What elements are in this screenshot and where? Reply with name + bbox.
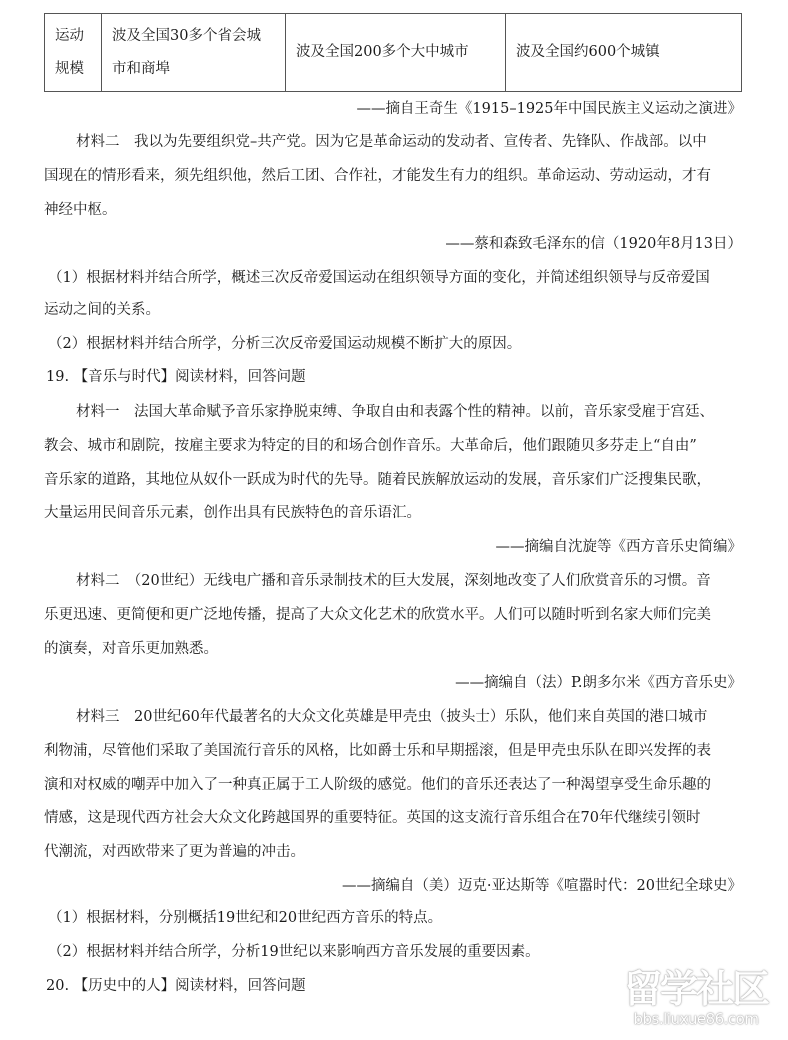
material-line: 国现在的情形看来，须先组织他，然后工团、合作社，才能发生有力的组织。革命运动、劳… <box>44 166 744 186</box>
material-line: 教会、城市和剧院，按雇主要求为特定的目的和场合创作音乐。大革命后，他们跟随贝多芬… <box>44 436 744 456</box>
material-line: 的演奏，对音乐更加熟悉。 <box>44 639 744 659</box>
exam-page: 运动 规模 波及全国30多个省会城 市和商埠 波及全国200多个大中城市 波及全… <box>0 0 788 1040</box>
material-line: 大量运用民间音乐元素，创作出具有民族特色的音乐语汇。 <box>44 503 744 523</box>
row-label-line: 运动 <box>55 20 101 53</box>
material-line: 材料一 法国大革命赋予音乐家挣脱束缚、争取自由和表露个性的精神。以前，音乐家受雇… <box>76 402 776 422</box>
material-line: 利物浦，尽管他们采取了美国流行音乐的风格，比如爵士乐和早期摇滚，但是甲壳虫乐队在… <box>44 741 744 761</box>
cell-line: 波及全国200多个大中城市 <box>296 36 505 69</box>
citation: ——摘自王奇生《1915–1925年中国民族主义运动之演进》 <box>356 99 742 119</box>
row-label-cell: 运动 规模 <box>45 14 102 92</box>
material-line: 演和对权威的嘲弄中加入了一种真正属于工人阶级的感觉。他们的音乐还表达了一种渴望享… <box>44 775 744 795</box>
question-text: （2）根据材料并结合所学，分析三次反帝爱国运动规模不断扩大的原因。 <box>48 334 748 354</box>
material-line: 情感，这是现代西方社会大众文化跨越国界的重要特征。英国的这支流行音乐组合在70年… <box>44 808 744 828</box>
movement-scale-table: 运动 规模 波及全国30多个省会城 市和商埠 波及全国200多个大中城市 波及全… <box>44 13 742 92</box>
citation: ——蔡和森致毛泽东的信（1920年8月13日） <box>445 234 742 254</box>
question-heading: 19. 【音乐与时代】阅读材料，回答问题 <box>46 367 746 387</box>
cell-line: 市和商埠 <box>112 53 285 86</box>
cell-line: 波及全国30多个省会城 <box>112 20 285 53</box>
watermark-url: bbs.liuxue86.com <box>618 1010 774 1028</box>
question-text: （1）根据材料，分别概括19世纪和20世纪西方音乐的特点。 <box>48 908 748 928</box>
table-cell-second: 波及全国200多个大中城市 <box>286 14 506 92</box>
cell-line: 波及全国约600个城镇 <box>516 36 741 69</box>
question-text: （1）根据材料并结合所学，概述三次反帝爱国运动在组织领导方面的变化，并简述组织领… <box>48 268 748 288</box>
citation: ——摘编自沈旋等《西方音乐史简编》 <box>496 537 743 557</box>
watermark-title: 留学社区 <box>618 968 774 1010</box>
material-line: 神经中枢。 <box>44 200 744 220</box>
material-line: 代潮流，对西欧带来了更为普遍的冲击。 <box>44 842 744 862</box>
citation: ——摘编自（美）迈克·亚达斯等《喧嚣时代：20世纪全球史》 <box>342 876 742 896</box>
material-line: 材料二 我以为先要组织党–共产党。因为它是革命运动的发动者、宣传者、先锋队、作战… <box>76 132 776 152</box>
question-text: 运动之间的关系。 <box>44 300 744 320</box>
table-cell-third: 波及全国约600个城镇 <box>506 14 742 92</box>
question-text: （2）根据材料并结合所学，分析19世纪以来影响西方音乐发展的重要因素。 <box>48 942 748 962</box>
table-cell-first: 波及全国30多个省会城 市和商埠 <box>102 14 286 92</box>
material-line: 材料二 （20世纪）无线电广播和音乐录制技术的巨大发展，深刻地改变了人们欣赏音乐… <box>76 571 776 591</box>
material-line: 乐更迅速、更简便和更广泛地传播，提高了大众文化艺术的欣赏水平。人们可以随时听到名… <box>44 605 744 625</box>
material-line: 材料三 20世纪60年代最著名的大众文化英雄是甲壳虫（披头士）乐队，他们来自英国… <box>76 707 776 727</box>
row-label-line: 规模 <box>55 53 101 86</box>
material-line: 音乐家的道路，其地位从奴仆一跃成为时代的先导。随着民族解放运动的发展，音乐家们广… <box>44 470 744 490</box>
citation: ——摘编自（法）P.朗多尔米《西方音乐史》 <box>455 673 742 693</box>
table-row: 运动 规模 波及全国30多个省会城 市和商埠 波及全国200多个大中城市 波及全… <box>45 14 742 92</box>
watermark-logo: 留学社区 bbs.liuxue86.com <box>618 968 774 1034</box>
